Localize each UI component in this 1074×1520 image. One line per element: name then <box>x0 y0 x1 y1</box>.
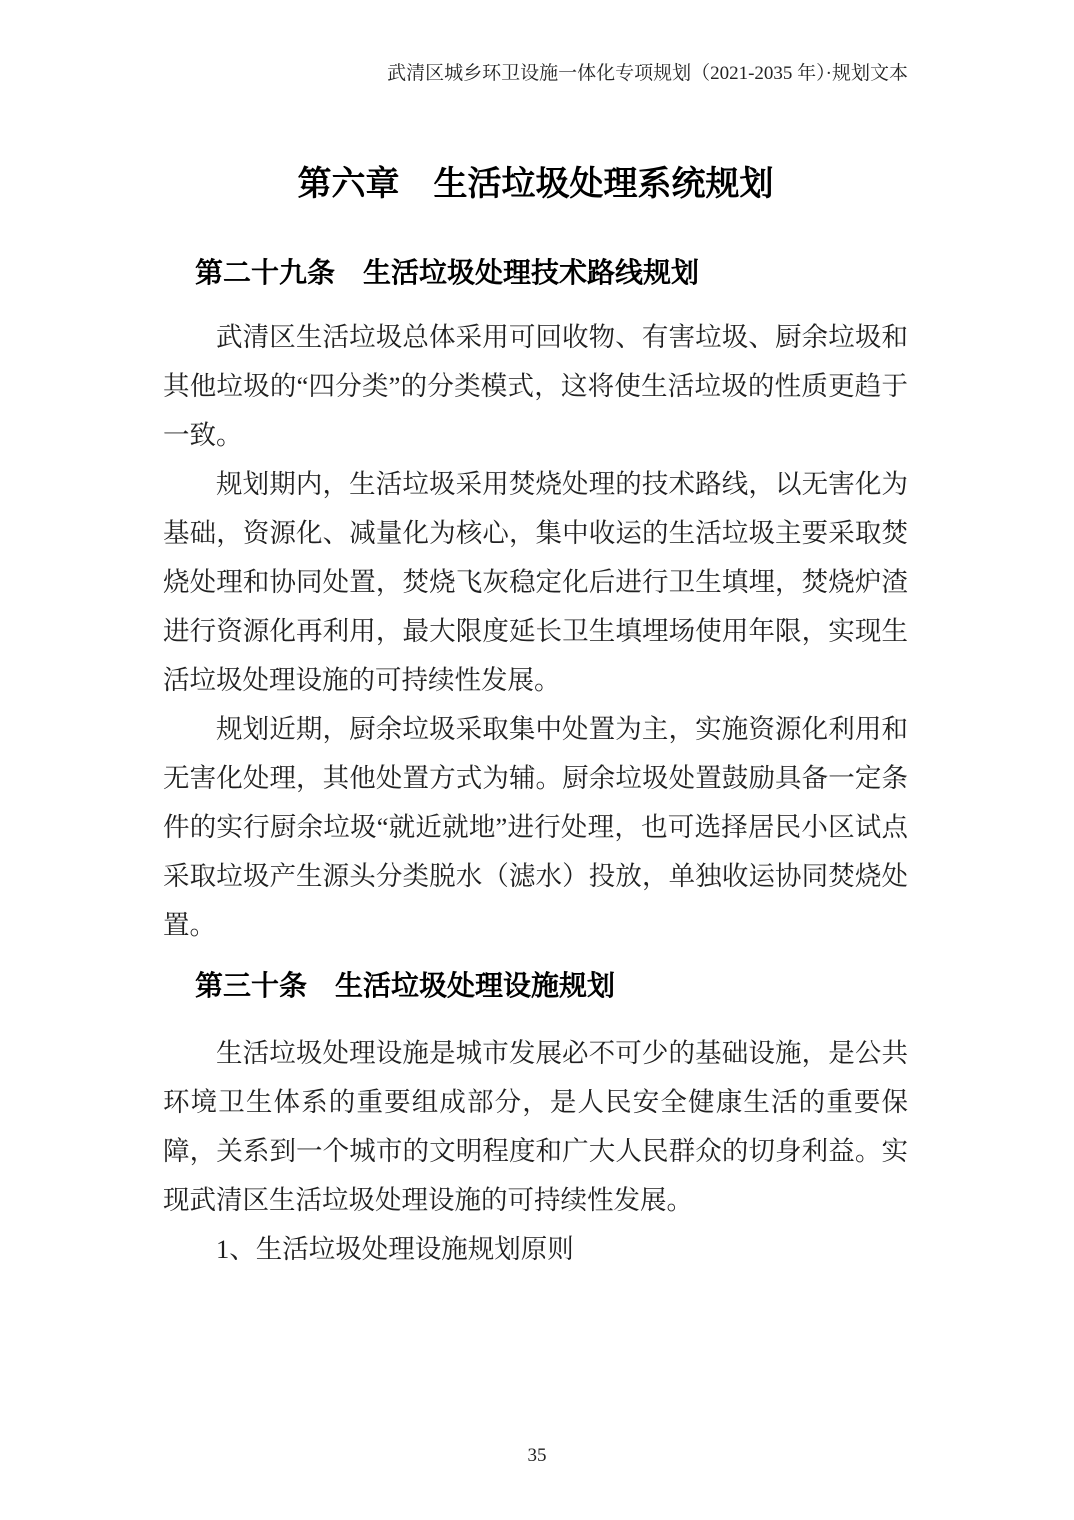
paragraph-kitchen-waste: 规划近期，厨余垃圾采取集中处置为主，实施资源化利用和无害化处理，其他处置方式为辅… <box>163 705 908 950</box>
chapter-title: 第六章 生活垃圾处理系统规划 <box>163 163 908 207</box>
paragraph-facility-importance: 生活垃圾处理设施是城市发展必不可少的基础设施，是公共环境卫生体系的重要组成部分，… <box>163 1029 908 1225</box>
paragraph-classification-mode: 武清区生活垃圾总体采用可回收物、有害垃圾、厨余垃圾和其他垃圾的“四分类”的分类模… <box>163 313 908 460</box>
section-heading-article-30: 第三十条 生活垃圾处理设施规划 <box>163 967 908 1007</box>
page-content: 第六章 生活垃圾处理系统规划 第二十九条 生活垃圾处理技术路线规划 武清区生活垃… <box>163 0 908 1274</box>
section-heading-article-29: 第二十九条 生活垃圾处理技术路线规划 <box>163 254 908 294</box>
page-number: 35 <box>0 1444 1074 1468</box>
document-page: 武清区城乡环卫设施一体化专项规划（2021-2035 年）·规划文本 第六章 生… <box>0 0 1074 1520</box>
paragraph-incineration-route: 规划期内，生活垃圾采用焚烧处理的技术路线，以无害化为基础，资源化、减量化为核心，… <box>163 460 908 705</box>
numbered-item-planning-principles: 1、生活垃圾处理设施规划原则 <box>163 1225 908 1274</box>
